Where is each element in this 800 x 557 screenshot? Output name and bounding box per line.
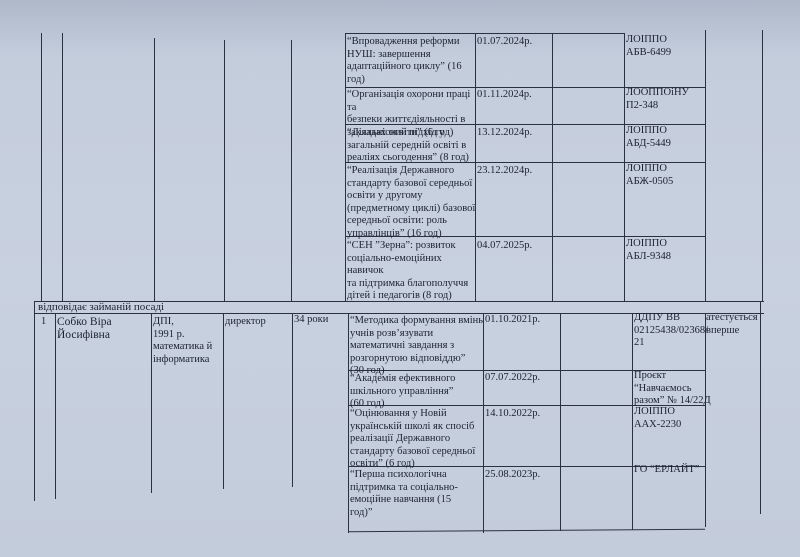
column-border <box>154 38 155 301</box>
attestation-note: атестується вперше <box>706 312 758 337</box>
row-number: 1 <box>41 316 46 329</box>
column-border <box>762 30 763 302</box>
course-date: 07.07.2022р. <box>485 372 540 385</box>
certificate-number: ЛОІППО АБД-5449 <box>626 125 671 150</box>
course-date: 14.10.2022р. <box>485 408 540 421</box>
course-date: 01.10.2021р. <box>485 314 540 327</box>
certificate-number: ГО “ЕРЛАЙТ” <box>634 464 700 477</box>
column-border <box>292 313 293 487</box>
certificate-number: ДДПУ ВВ 02125438/02368/ 21 <box>634 312 708 350</box>
column-border <box>224 40 225 301</box>
course-date: 01.07.2024р. <box>477 36 532 49</box>
column-border <box>632 313 633 530</box>
column-border <box>55 313 56 499</box>
course-date: 04.07.2025р. <box>477 240 532 253</box>
course-title: “СЕН ”Зерна”: розвиток соціально-емоційн… <box>347 240 477 303</box>
course-date: 23.12.2024р. <box>477 165 532 178</box>
course-title: “Впровадження реформи НУШ: завершення ад… <box>347 36 475 86</box>
column-border <box>624 33 625 301</box>
person-experience: 34 роки <box>294 314 328 327</box>
person-position: директор <box>225 316 266 329</box>
column-border <box>62 33 63 301</box>
course-title: “Діяльнісний підхід у загальній середній… <box>347 127 477 165</box>
course-date: 13.12.2024р. <box>477 127 532 140</box>
certificate-number: Проєкт “Навчаємось разом” № 14/22Д <box>634 370 711 408</box>
course-date: 25.08.2023р. <box>485 469 540 482</box>
course-date: 01.11.2024р. <box>477 89 532 102</box>
row-border <box>348 529 705 532</box>
person-name: Собко Віра Йосифівна <box>57 316 112 342</box>
column-border <box>560 313 561 531</box>
certificate-number: ЛОІППО АБЖ-0505 <box>626 163 673 188</box>
column-border <box>223 313 224 489</box>
row-border <box>345 33 625 34</box>
course-title: “Реалізація Державного стандарту базової… <box>347 165 477 240</box>
column-border <box>760 302 761 514</box>
column-border <box>41 33 42 301</box>
column-border <box>151 313 152 493</box>
course-title: “Перша психологічна підтримка та соціаль… <box>350 469 484 519</box>
column-border <box>348 313 349 533</box>
column-border <box>705 30 706 302</box>
document-page: “Впровадження реформи НУШ: завершення ад… <box>0 0 800 557</box>
course-title: “Академія ефективного шкільного управлін… <box>350 373 484 411</box>
certificate-number: ЛООППОіНУ П2-348 <box>626 87 689 112</box>
course-title: “Методика формування вмінь учнів розв’яз… <box>350 315 484 378</box>
course-title: “Оцінювання у Новій українській школі як… <box>350 408 484 471</box>
person-education: ДПІ, 1991 р. математика й інформатика <box>153 316 212 366</box>
column-border <box>291 40 292 301</box>
section-label: відповідає займаній посаді <box>38 301 164 313</box>
column-border <box>552 33 553 301</box>
certificate-number: ЛОІППО ААХ-2230 <box>634 406 681 431</box>
certificate-number: ЛОІППО АБЛ-9348 <box>626 238 671 263</box>
column-border <box>345 33 346 301</box>
certificate-number: ЛОІППО АБВ-6499 <box>626 34 671 59</box>
column-border <box>34 301 35 501</box>
